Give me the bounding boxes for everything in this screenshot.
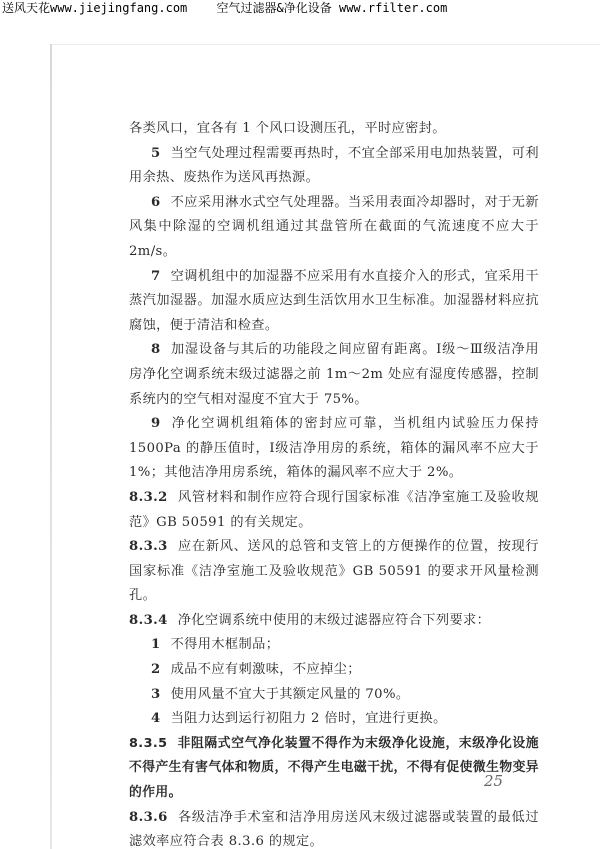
watermark-banner: 送风天花www.jiejingfang.com 空气过滤器&净化设备 www.r… [2,0,469,16]
section-8-3-4: 8.3.4净化空调系统中使用的末级过滤器应符合下列要求： [129,609,539,634]
section-text: 非阻隔式空气净化装置不得作为末级净化设施，末级净化设施不得产生有害气体和物质，不… [129,736,539,800]
section-8-3-6: 8.3.6各级洁净手术室和洁净用房送风末级过滤器或装置的最低过滤效率应符合表 8… [129,806,539,849]
subitem-number: 2 [151,662,161,677]
section-text: 净化空调系统中使用的末级过滤器应符合下列要求： [178,613,491,628]
item-number: 9 [151,416,161,431]
section-text: 应在新风、送风的总管和支管上的方便操作的位置，按现行国家标准《洁净室施工及验收规… [129,539,539,603]
item-7: 7空调机组中的加湿器不应采用有水直接介入的形式，宜采用干蒸汽加湿器。加湿水质应达… [129,265,539,339]
section-number: 8.3.3 [129,539,168,554]
item-9: 9净化空调机组箱体的密封应可靠，当机组内试验压力保持 1500Pa 的静压值时，… [129,412,539,486]
item-text: 净化空调机组箱体的密封应可靠，当机组内试验压力保持 1500Pa 的静压值时，Ⅰ… [129,416,539,480]
section-8-3-5: 8.3.5非阻隔式空气净化装置不得作为末级净化设施，末级净化设施不得产生有害气体… [129,732,539,806]
subitem-number: 3 [151,687,161,702]
document-page: 各类风口，宜各有 1 个风口设测压孔，平时应密封。 5当空气处理过程需要再热时，… [129,117,539,849]
scan-edge-left [50,44,52,849]
section-number: 8.3.2 [129,490,168,505]
section-number: 8.3.4 [129,613,168,628]
section-text: 各级洁净手术室和洁净用房送风末级过滤器或装置的最低过滤效率应符合表 8.3.6 … [129,810,539,849]
section-text: 风管材料和制作应符合现行国家标准《洁净室施工及验收规范》GB 50591 的有关… [129,490,539,530]
subitem-2: 2成品不应有刺激味，不应掉尘； [129,658,539,683]
item-text: 当空气处理过程需要再热时，不宜全部采用电加热装置，可利用余热、废热作为送风再热源… [129,146,539,186]
item-text: 不应采用淋水式空气处理器。当采用表面冷却器时，对于无新风集中除湿的空调机组通过其… [129,195,539,259]
subitem-text: 成品不应有刺激味，不应掉尘； [171,662,361,677]
subitem-text: 不得用木框制品； [171,637,280,652]
item-number: 5 [151,146,161,161]
item-text: 加湿设备与其后的功能段之间应留有距离。Ⅰ级～Ⅲ级洁净用房净化空调系统末级过滤器之… [129,342,539,406]
item-6: 6不应采用淋水式空气处理器。当采用表面冷却器时，对于无新风集中除湿的空调机组通过… [129,191,539,265]
subitem-text: 使用风量不宜大于其额定风量的 70%。 [171,687,410,702]
subitem-4: 4当阻力达到运行初阻力 2 倍时，宜进行更换。 [129,707,539,732]
section-number: 8.3.5 [129,736,167,751]
banner-site-1: 送风天花www.jiejingfang.com [2,1,187,15]
item-number: 7 [151,269,161,284]
item-text: 空调机组中的加湿器不应采用有水直接介入的形式，宜采用干蒸汽加湿器。加湿水质应达到… [129,269,539,333]
item-8: 8加湿设备与其后的功能段之间应留有距离。Ⅰ级～Ⅲ级洁净用房净化空调系统末级过滤器… [129,338,539,412]
item-5: 5当空气处理过程需要再热时，不宜全部采用电加热装置，可利用余热、废热作为送风再热… [129,142,539,191]
subitem-1: 1不得用木框制品； [129,633,539,658]
subitem-number: 4 [151,711,161,726]
continued-line: 各类风口，宜各有 1 个风口设测压孔，平时应密封。 [129,117,539,142]
banner-site-2: 空气过滤器&净化设备 www.rfilter.com [217,1,448,15]
page-number: 25 [484,772,503,790]
item-number: 8 [151,342,161,357]
item-number: 6 [151,195,161,210]
section-8-3-3: 8.3.3应在新风、送风的总管和支管上的方便操作的位置，按现行国家标准《洁净室施… [129,535,539,609]
section-8-3-2: 8.3.2风管材料和制作应符合现行国家标准《洁净室施工及验收规范》GB 5059… [129,486,539,535]
scan-edge-top [50,44,600,45]
subitem-text: 当阻力达到运行初阻力 2 倍时，宜进行更换。 [171,711,447,726]
subitem-3: 3使用风量不宜大于其额定风量的 70%。 [129,683,539,708]
subitem-number: 1 [151,637,161,652]
section-number: 8.3.6 [129,810,168,825]
